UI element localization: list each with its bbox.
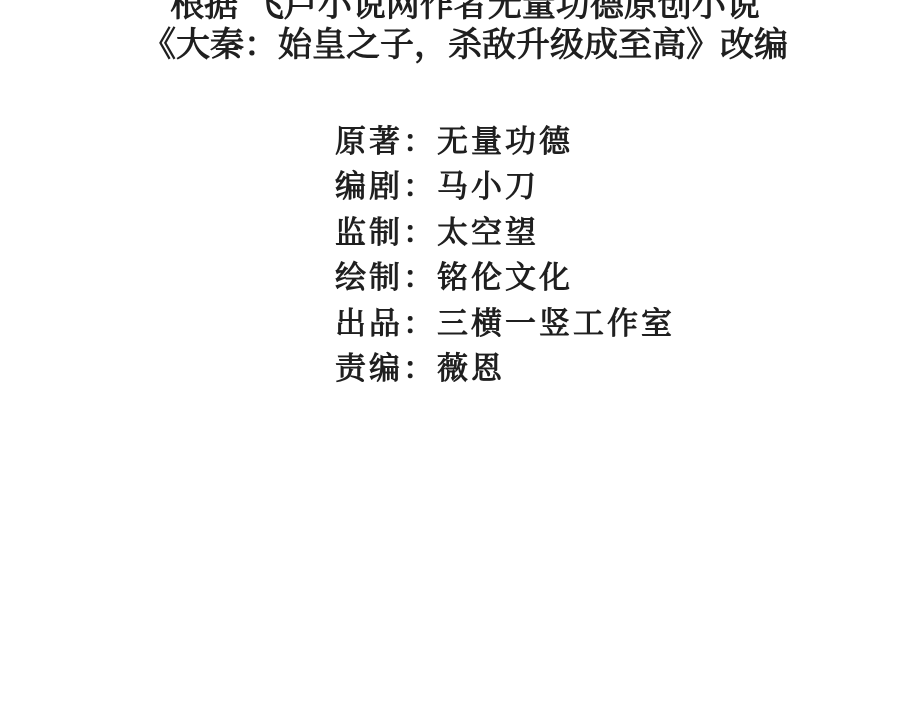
- credit-value: 铭伦文化: [437, 260, 573, 296]
- credit-label: 绘制: [335, 260, 403, 296]
- credit-label: 出品: [335, 306, 403, 342]
- adapted-title-line: 《大秦：始皇之子，杀敌升级成至高》改编: [15, 25, 900, 65]
- credit-value: 太空望: [437, 215, 539, 251]
- credit-value: 薇恩: [437, 351, 505, 387]
- credits-page: 根据 飞卢小说网作者无量功德原创小说 《大秦：始皇之子，杀敌升级成至高》改编 原…: [0, 0, 900, 702]
- credit-row-supervisor: 监制：太空望: [335, 211, 675, 256]
- credit-row-original-author: 原著：无量功德: [335, 120, 675, 165]
- credit-separator: ：: [403, 169, 437, 205]
- credit-separator: ：: [403, 215, 437, 251]
- credit-separator: ：: [403, 124, 437, 160]
- credit-label: 编剧: [335, 169, 403, 205]
- credit-label: 原著: [335, 124, 403, 160]
- credit-row-editor: 责编：薇恩: [335, 347, 675, 392]
- credit-label: 监制: [335, 215, 403, 251]
- source-attribution-line: 根据 飞卢小说网作者无量功德原创小说: [15, 0, 900, 25]
- credit-value: 三横一竖工作室: [437, 306, 675, 342]
- credit-separator: ：: [403, 351, 437, 387]
- credit-separator: ：: [403, 260, 437, 296]
- title-block: 根据 飞卢小说网作者无量功德原创小说 《大秦：始皇之子，杀敌升级成至高》改编: [15, 0, 900, 65]
- credit-label: 责编: [335, 351, 403, 387]
- credit-separator: ：: [403, 306, 437, 342]
- credits-list: 原著：无量功德 编剧：马小刀 监制：太空望 绘制：铭伦文化 出品：三横一竖工作室…: [335, 120, 675, 392]
- credit-row-artist: 绘制：铭伦文化: [335, 256, 675, 301]
- credit-row-screenwriter: 编剧：马小刀: [335, 165, 675, 210]
- credit-row-producer: 出品：三横一竖工作室: [335, 302, 675, 347]
- credit-value: 马小刀: [437, 169, 539, 205]
- credit-value: 无量功德: [437, 124, 573, 160]
